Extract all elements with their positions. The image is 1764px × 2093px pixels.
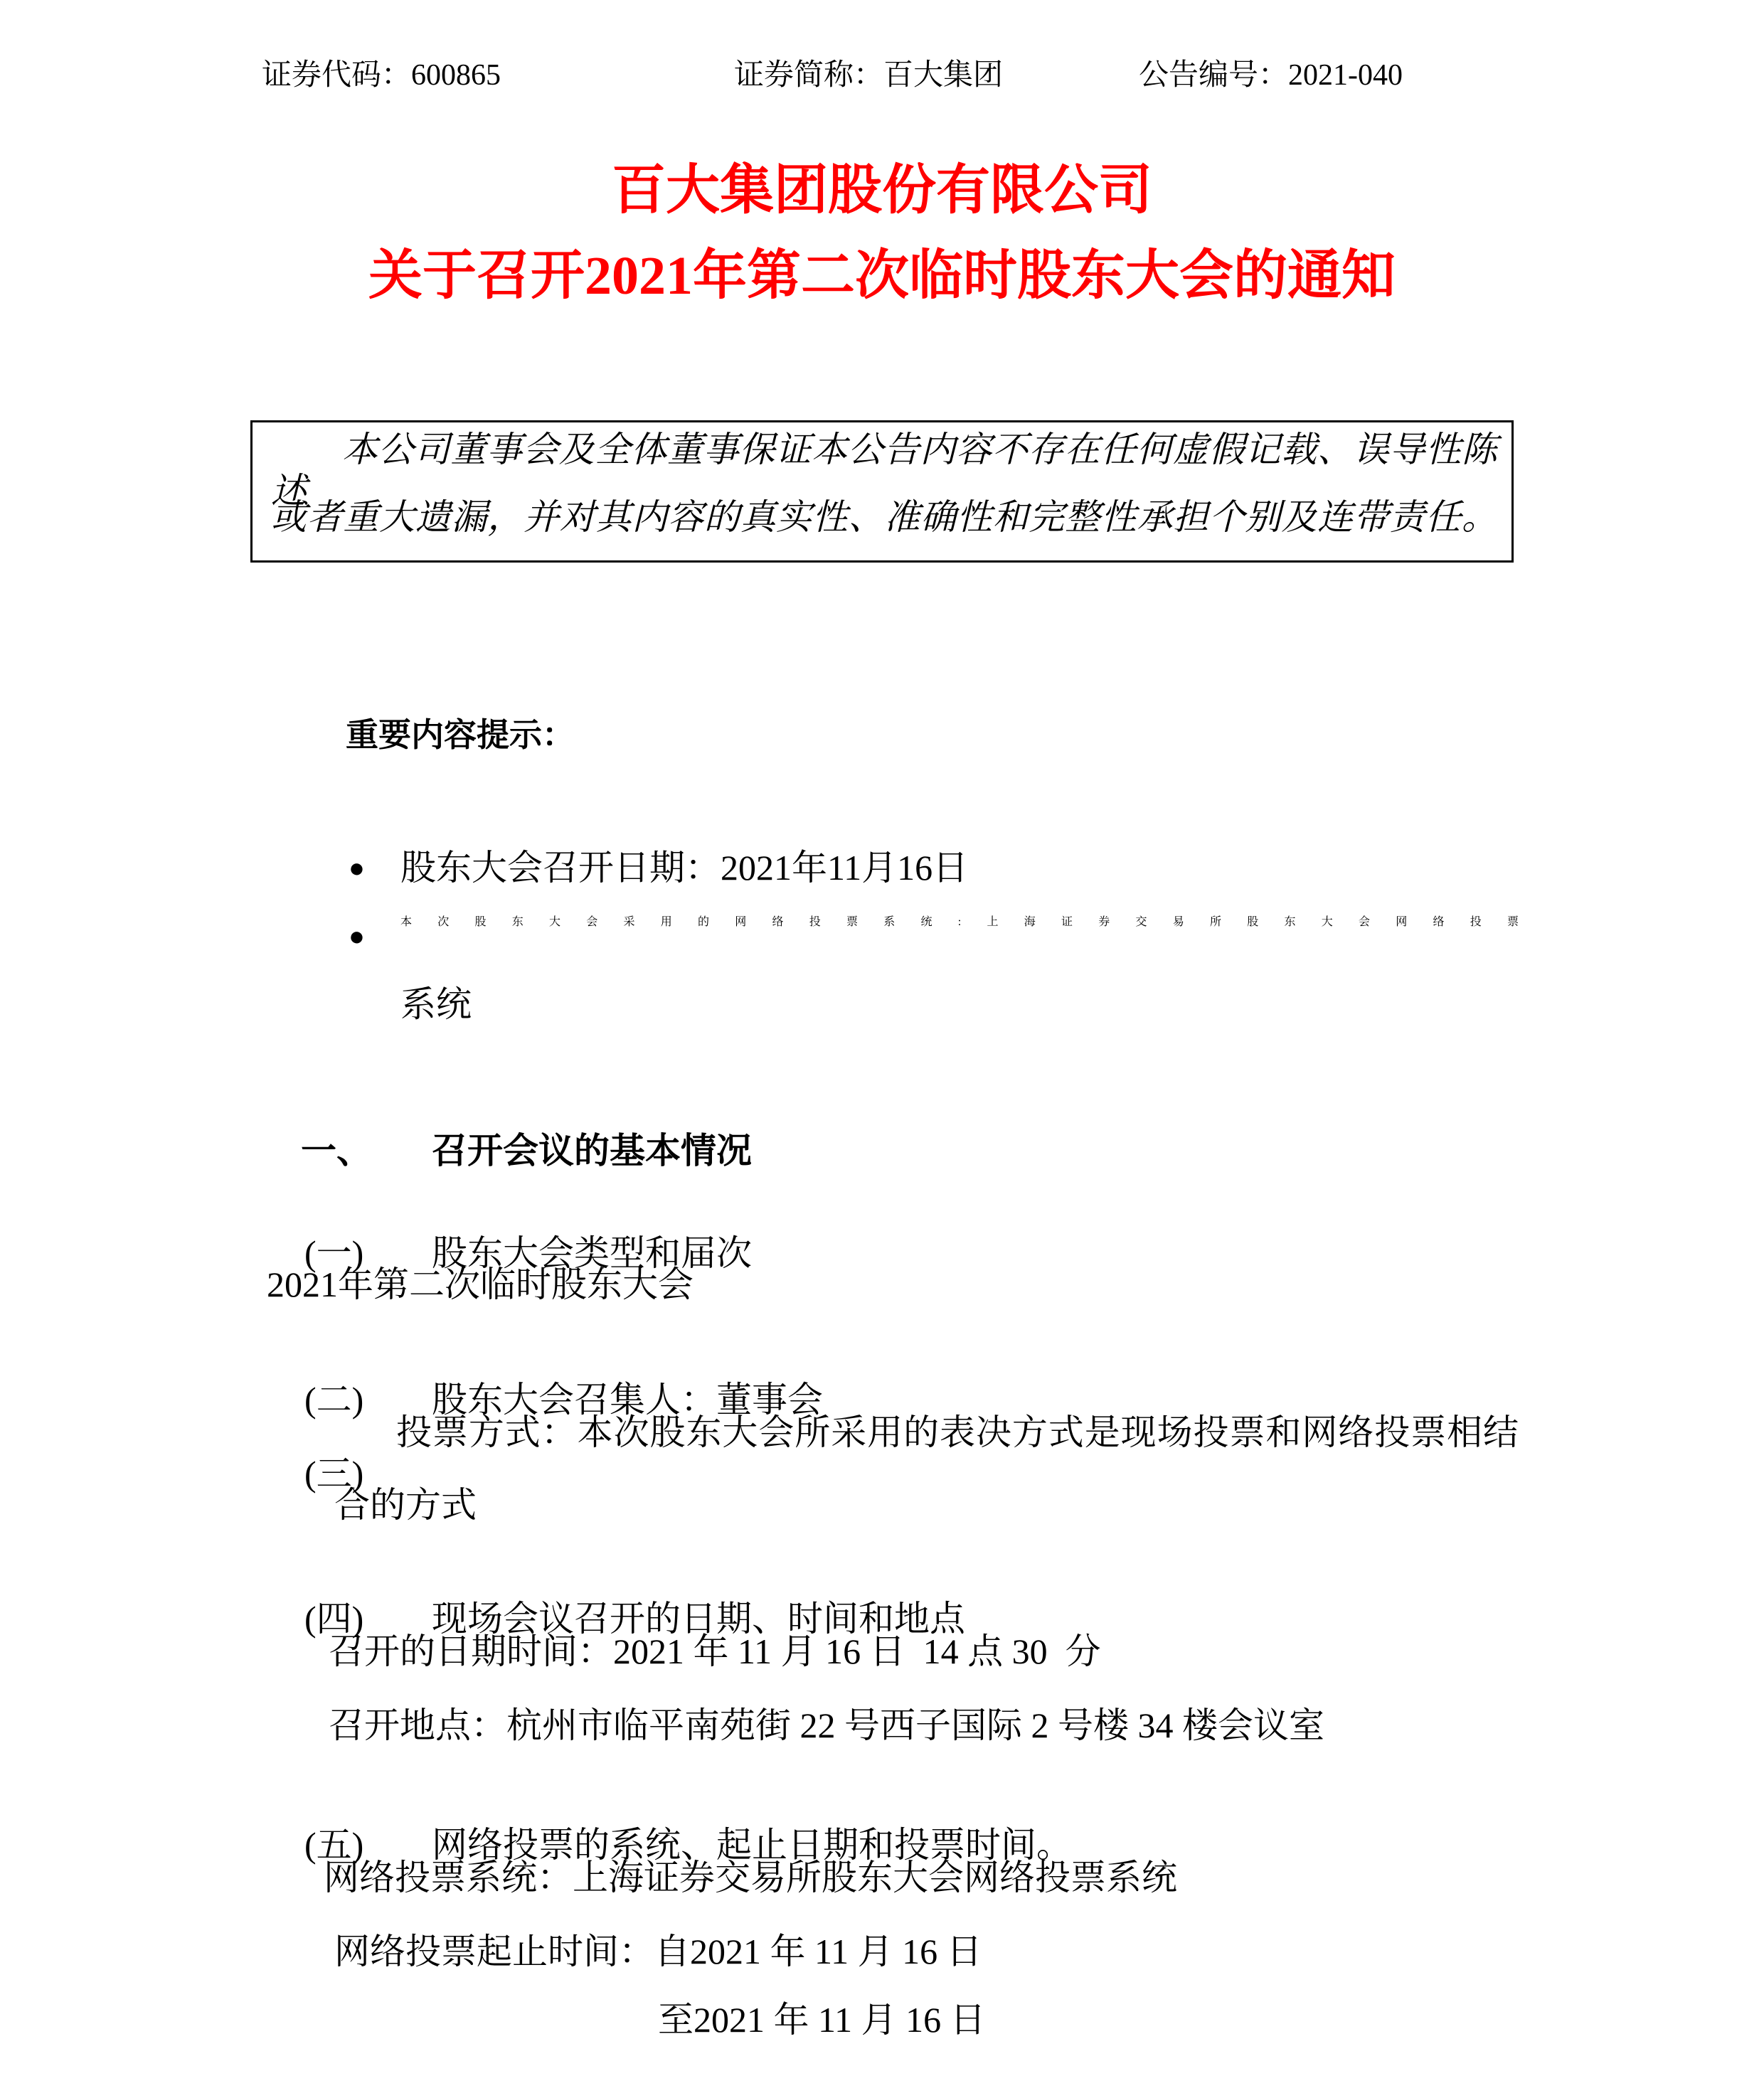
item-3-title-line-2: 合的方式 [334, 1485, 477, 1526]
bullet-voting-system-line-2: 系统 [400, 984, 472, 1026]
notice-title: 关于召开2021年第二次临时股东大会的通知 [0, 245, 1764, 307]
item-4-location: 召开地点：杭州市临平南苑街 22 号西子国际 2 号楼 34 楼会议室 [329, 1705, 1324, 1747]
disclaimer-box: 本公司董事会及全体董事保证本公告内容不存在任何虚假记载、误导性陈述 或者重大遗漏… [250, 420, 1514, 563]
bullet-meeting-date: 股东大会召开日期：2021年11月16日 [400, 848, 968, 889]
item-3-title-line-1: 投票方式：本次股东大会所采用的表决方式是现场投票和网络投票相结 [396, 1412, 1519, 1454]
company-title: 百大集团股份有限公司 [0, 160, 1764, 222]
section-1-heading-text: 召开会议的基本情况 [432, 1131, 752, 1171]
bullet-voting-system-line-1: 本次股东大会采用的网络投票系统:上海证券交易所股东大会网络投票 [400, 916, 1519, 929]
important-notice-heading: 重要内容提示： [346, 717, 575, 755]
item-5-voting-start: 网络投票起止时间：自2021 年 11 月 16 日 [334, 1932, 982, 1973]
bullet-icon: ● [349, 922, 365, 953]
disclaimer-line-2: 或者重大遗漏，并对其内容的真实性、准确性和完整性承担个别及连带责任。 [271, 497, 1497, 538]
item-1-detail: 2021年第二次临时股东大会 [267, 1264, 694, 1306]
bullet-icon: ● [349, 853, 365, 885]
announcement-number: 公告编号：2021-040 [1139, 58, 1403, 92]
item-5-voting-system: 网络投票系统：上海证券交易所股东大会网络投票系统 [324, 1858, 1177, 1899]
stock-code: 证券代码：600865 [262, 58, 501, 92]
item-5-voting-end: 至2021 年 11 月 16 日 [658, 2000, 986, 2041]
section-1-number: 一、 [301, 1131, 432, 1172]
item-4-datetime: 召开的日期时间：2021 年 11 月 16 日 14 点 30 分 [329, 1631, 1101, 1673]
stock-abbreviation: 证券简称：百大集团 [734, 58, 1003, 92]
announcement-page: 证券代码：600865 证券简称：百大集团 公告编号：2021-040 百大集团… [0, 0, 1764, 2093]
